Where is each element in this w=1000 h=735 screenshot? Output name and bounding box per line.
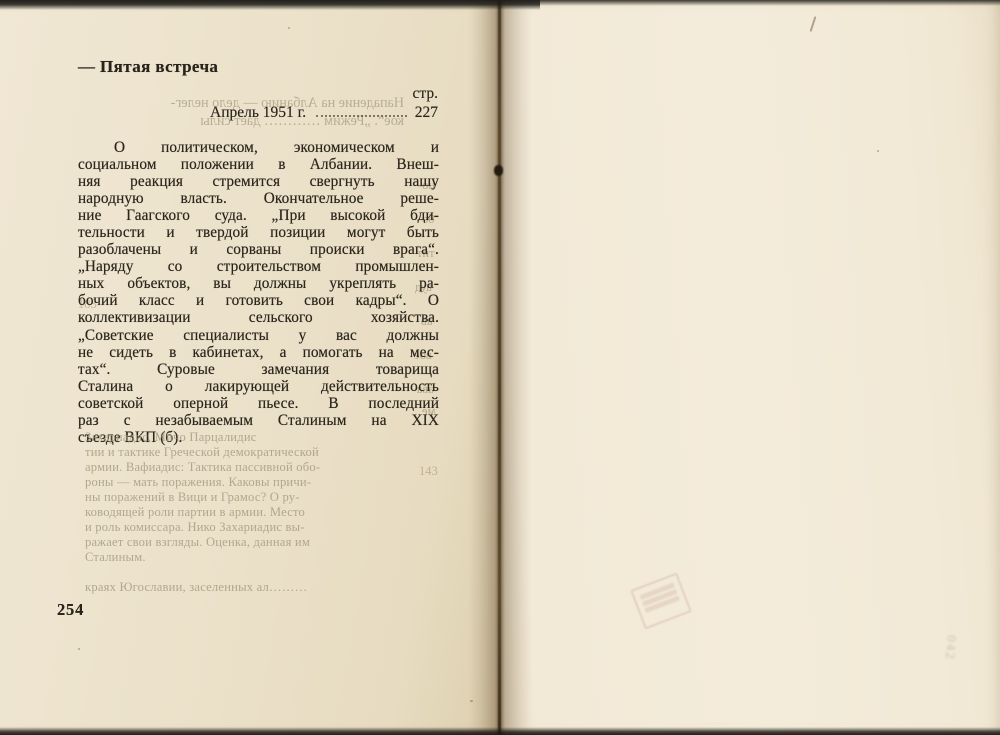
gutter-ink-blob (494, 165, 503, 176)
text-line: „Наряду со строительством промышлен- (78, 258, 439, 275)
text-line: советской оперной пьесе. В последний (78, 395, 439, 412)
library-stamp (630, 572, 692, 629)
text-line: Захариадис, Мичо Парцалидис (85, 430, 441, 445)
text-line: няя реакция стремится свергнуть нашу (78, 173, 439, 190)
text-line: раз с незабываемым Сталиным на XIX (78, 412, 439, 429)
text-line: и роль комиссара. Нико Захариадис вы- (85, 520, 441, 535)
text-line: не сидеть в кабинетах, а помогать на мес… (78, 344, 439, 361)
text-line: ние Гаагского суда. „При высокой бди- (78, 207, 439, 224)
page-number: 254 (57, 600, 84, 620)
faint-corner-mark: 042 (942, 635, 960, 662)
text-line: тах“. Суровые замечания товарища (78, 361, 439, 378)
text-line: социальном положении в Албании. Внеш- (78, 156, 439, 173)
bleedthrough-text-lower: Захариадис, Мичо Парцалидистии и тактике… (85, 430, 441, 595)
text-line: ководящей роли партии в армии. Место (85, 505, 441, 520)
scan-edge-bottom (0, 727, 1000, 735)
paper-speck (288, 27, 290, 29)
scan-edge-top (540, 0, 1000, 6)
toc-entry: Апрель 1951 г. 227 (210, 104, 438, 122)
text-line: бочий класс и готовить свои кадры“. О (78, 292, 439, 309)
text-line: армии. Вафиадис: Тактика пассивной обо- (85, 460, 441, 475)
text-line: ны поражений в Вици и Грамос? О ру- (85, 490, 441, 505)
book-spread-scan: Нападение на Албанию — дело нелег-кое“. … (0, 0, 1000, 735)
page-column-header: стр. (78, 85, 438, 103)
gutter-line (498, 0, 501, 735)
text-line: краях Югославии, заселенных ал……… (85, 580, 441, 595)
text-line: ных объектов, вы должны укреплять ра- (78, 275, 439, 292)
text-line: тии и тактике Греческой демократической (85, 445, 441, 460)
scan-edge-top (0, 0, 540, 10)
dotted-leader (316, 114, 407, 117)
text-line: „Советские специалисты у вас должны (78, 327, 439, 344)
right-page: 042 (500, 0, 1000, 735)
paper-speck (470, 700, 473, 702)
toc-entry-label: Апрель 1951 г. (210, 104, 306, 122)
text-line: роны — мать поражения. Каковы причи- (85, 475, 441, 490)
chapter-heading: — Пятая встреча (78, 57, 218, 77)
paper-speck (877, 150, 879, 152)
text-line: тельности и твердой позиции могут быть (78, 224, 439, 241)
text-line: Сталина о лакирующей действительность (78, 378, 439, 395)
text-line: народную власть. Окончательное реше- (78, 190, 439, 207)
left-page: Нападение на Албанию — дело нелег-кое“. … (0, 0, 500, 735)
text-line: коллективизации сельского хозяйства. (78, 309, 439, 326)
text-line: Сталиным. (85, 550, 441, 565)
toc-entry-page: 227 (415, 104, 438, 122)
text-line: ражает свои взгляды. Оценка, данная им (85, 535, 441, 550)
text-line: О политическом, экономическом и (78, 139, 439, 156)
text-line: разоблачены и сорваны происки врага“. (78, 241, 439, 258)
text-line (85, 565, 441, 580)
paper-speck (78, 648, 80, 650)
summary-paragraph: О политическом, экономическом исоциально… (78, 139, 439, 446)
